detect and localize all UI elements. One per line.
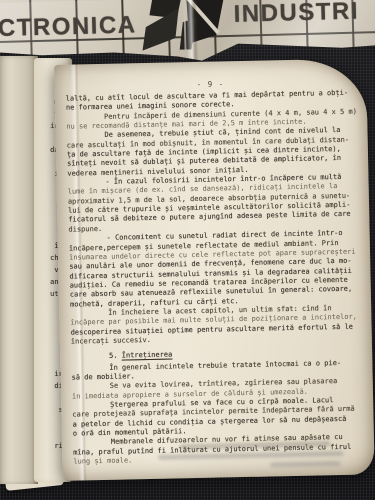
ghost-text-smudge [270,461,340,467]
magazine-logo-icon [139,0,229,53]
page-number: - 9 - [197,79,225,89]
folded-page-edge [0,56,38,484]
lines-before-heading: laltă, cu atît locul de ascultare va fi … [66,89,366,347]
heading-indent [71,352,109,361]
header-left-text: CTRONICA [0,11,137,43]
header-right-text: INDUSTRI [233,0,359,29]
document-page: - 9 - laltă, cu atît locul de ascultare … [54,58,375,480]
heading-number: 5. [109,352,122,360]
typed-text-block: laltă, cu atît locul de ascultare va fi … [66,89,369,468]
heading-title: Întreținerea [122,351,173,360]
photo-scene: mai te- intă dan- -o im- a în- chei va- … [0,0,375,500]
